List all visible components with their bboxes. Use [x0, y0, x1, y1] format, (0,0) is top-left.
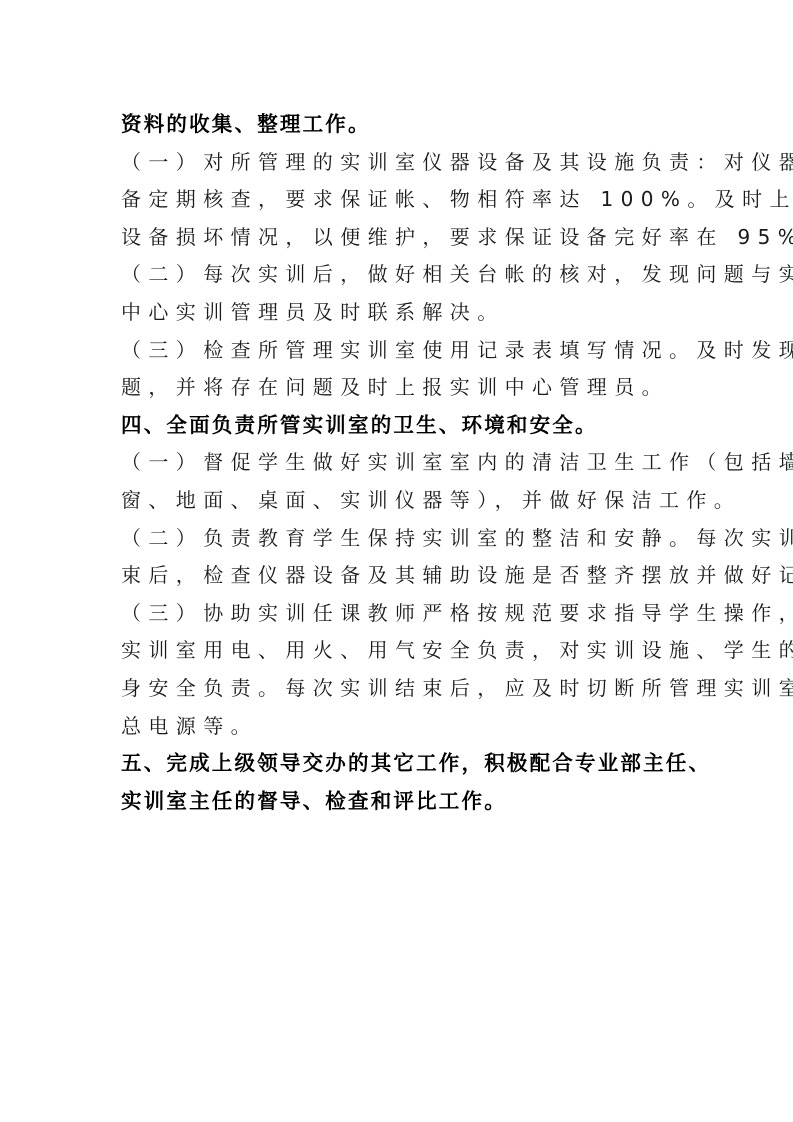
paragraph-line: 备定期核查，要求保证帐、物相符率达 100%。及时上报仪器	[121, 181, 681, 219]
paragraph-line: （一）督促学生做好实训室室内的清洁卫生工作（包括墙、	[121, 444, 681, 482]
paragraph-line: 总电源等。	[121, 708, 681, 746]
section-heading-4: 四、全面负责所管实训室的卫生、环境和安全。	[121, 407, 681, 445]
paragraph-line: （二）负责教育学生保持实训室的整洁和安静。每次实训结	[121, 520, 681, 558]
paragraph-line: 设备损坏情况，以便维护，要求保证设备完好率在 95%左右。	[121, 219, 681, 257]
paragraph-line: （三）检查所管理实训室使用记录表填写情况。及时发现问	[121, 332, 681, 370]
paragraph-line: 中心实训管理员及时联系解决。	[121, 294, 681, 332]
document-page: 资料的收集、整理工作。 （一）对所管理的实训室仪器设备及其设施负责：对仪器设 备…	[121, 106, 681, 820]
paragraph-line: （二）每次实训后，做好相关台帐的核对，发现问题与实训	[121, 256, 681, 294]
paragraph-line: 窗、地面、桌面、实训仪器等），并做好保洁工作。	[121, 482, 681, 520]
paragraph-line: 题，并将存在问题及时上报实训中心管理员。	[121, 369, 681, 407]
section-heading-5-continuation: 实训室主任的督导、检查和评比工作。	[121, 783, 681, 821]
paragraph-line: （一）对所管理的实训室仪器设备及其设施负责：对仪器设	[121, 144, 681, 182]
section-heading-continuation: 资料的收集、整理工作。	[121, 106, 681, 144]
paragraph-line: 束后，检查仪器设备及其辅助设施是否整齐摆放并做好记录。	[121, 557, 681, 595]
paragraph-line: 身安全负责。每次实训结束后，应及时切断所管理实训室的	[121, 670, 681, 708]
paragraph-line: （三）协助实训任课教师严格按规范要求指导学生操作，对	[121, 595, 681, 633]
section-heading-5: 五、完成上级领导交办的其它工作，积极配合专业部主任、	[121, 745, 681, 783]
paragraph-line: 实训室用电、用火、用气安全负责，对实训设施、学生的人	[121, 632, 681, 670]
